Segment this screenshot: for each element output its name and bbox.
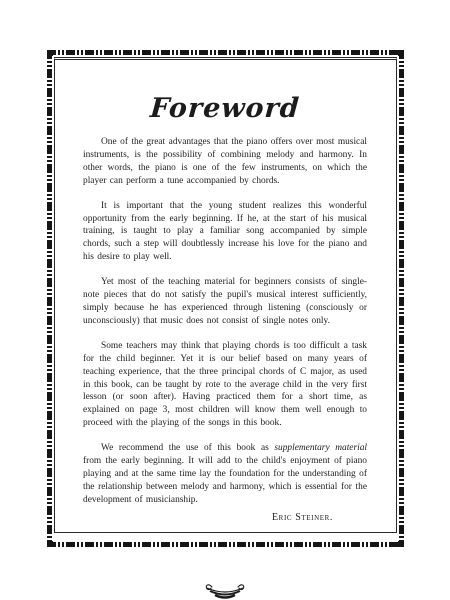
- border-corner: [47, 50, 53, 56]
- closing-text-post: from the early beginning. It will add to…: [83, 456, 367, 505]
- foreword-content: Foreword One of the great advantages tha…: [83, 57, 367, 600]
- page-title: Foreword: [82, 93, 368, 124]
- paragraph-2: It is important that the young student r…: [83, 200, 367, 265]
- foreword-body: One of the great advantages that the pia…: [83, 136, 367, 507]
- border-corner: [398, 50, 404, 56]
- book-page: Foreword One of the great advantages tha…: [0, 0, 450, 600]
- tailpiece-ornament-icon: [83, 579, 367, 600]
- closing-emphasis: supplementary material: [274, 443, 367, 453]
- border-edge-right: [399, 50, 404, 547]
- paragraph-4: Some teachers may think that playing cho…: [83, 340, 367, 430]
- author-signature: Eric Steiner.: [83, 512, 367, 523]
- paragraph-1: One of the great advantages that the pia…: [83, 136, 367, 188]
- border-corner: [47, 541, 53, 547]
- border-corner: [398, 541, 404, 547]
- paragraph-3: Yet most of the teaching material for be…: [83, 276, 367, 328]
- paragraph-5: We recommend the use of this book as sup…: [83, 442, 367, 507]
- border-edge-left: [47, 50, 52, 547]
- closing-text-pre: We recommend the use of this book as: [101, 443, 274, 453]
- border-edge-top: [47, 50, 404, 55]
